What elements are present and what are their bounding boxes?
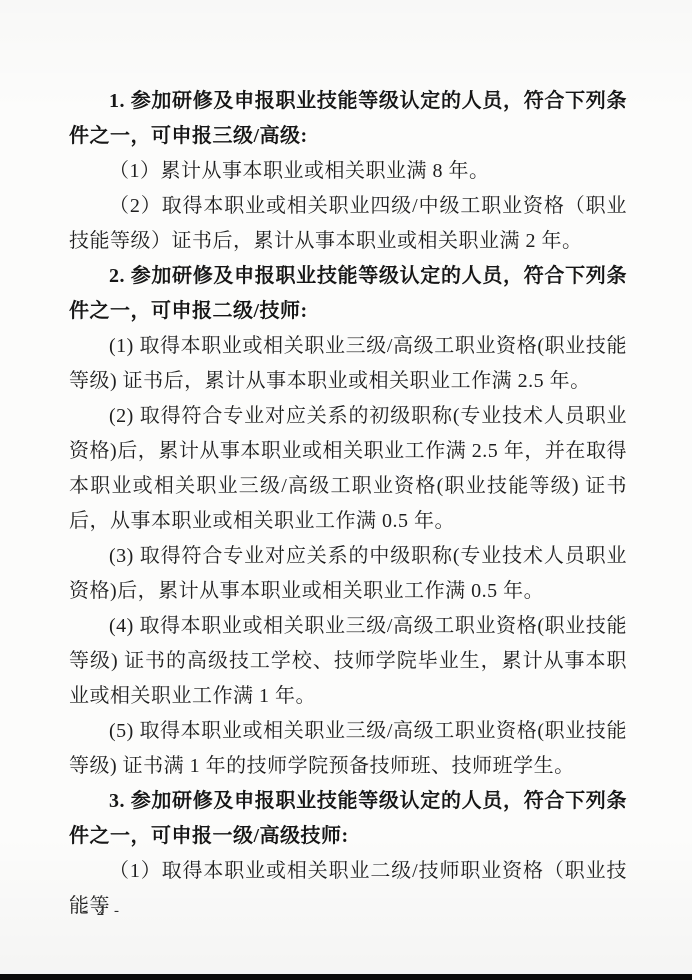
page-number: - 2 - bbox=[82, 903, 122, 920]
section-1-heading: 1. 参加研修及申报职业技能等级认定的人员，符合下列条件之一，可申报三级/高级: bbox=[69, 84, 627, 154]
section-2-item-5: (5) 取得本职业或相关职业三级/高级工职业资格(职业技能等级) 证书满 1 年… bbox=[69, 714, 627, 784]
section-1-item-2: （2）取得本职业或相关职业四级/中级工职业资格（职业技能等级）证书后，累计从事本… bbox=[69, 189, 627, 259]
section-1-item-1: （1）累计从事本职业或相关职业满 8 年。 bbox=[69, 154, 627, 189]
section-2-item-4: (4) 取得本职业或相关职业三级/高级工职业资格(职业技能等级) 证书的高级技工… bbox=[69, 609, 627, 714]
section-2-item-1: (1) 取得本职业或相关职业三级/高级工职业资格(职业技能等级) 证书后，累计从… bbox=[69, 329, 627, 399]
section-3-item-1: （1）取得本职业或相关职业二级/技师职业资格（职业技能等 bbox=[69, 854, 627, 924]
section-3-heading: 3. 参加研修及申报职业技能等级认定的人员，符合下列条件之一，可申报一级/高级技… bbox=[69, 784, 627, 854]
scan-bottom-edge bbox=[0, 974, 692, 980]
document-body: 1. 参加研修及申报职业技能等级认定的人员，符合下列条件之一，可申报三级/高级:… bbox=[69, 84, 627, 924]
document-page: 1. 参加研修及申报职业技能等级认定的人员，符合下列条件之一，可申报三级/高级:… bbox=[0, 0, 692, 980]
section-2-heading: 2. 参加研修及申报职业技能等级认定的人员，符合下列条件之一，可申报二级/技师: bbox=[69, 259, 627, 329]
section-2-item-2: (2) 取得符合专业对应关系的初级职称(专业技术人员职业资格)后，累计从事本职业… bbox=[69, 399, 627, 539]
section-2-item-3: (3) 取得符合专业对应关系的中级职称(专业技术人员职业资格)后，累计从事本职业… bbox=[69, 539, 627, 609]
